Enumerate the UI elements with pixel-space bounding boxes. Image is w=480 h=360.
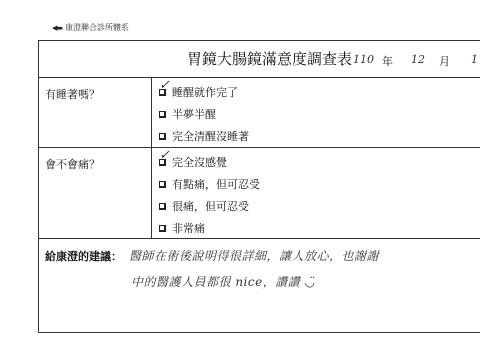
question-pain: 會不會痛？ ✓ 完全沒感覺 有點痛，但可忍受 很痛，但可忍受 非常痛 [39,147,480,239]
checkbox[interactable] [159,225,166,232]
question-label: 會不會痛？ [39,147,152,238]
month-value: 12 [411,53,425,66]
day-value: 1 [471,53,478,66]
question-label: 有睡著嗎？ [39,77,152,147]
survey-form: 胃鏡大腸鏡滿意度調查表 110 年 12 月 1 有睡著嗎？ ✓ 睡醒就作完了 … [38,40,480,333]
checkbox-checked[interactable]: ✓ [159,89,166,96]
organization-header: ◀▬ 康澄聯合診所體系 [52,22,129,33]
form-title: 胃鏡大腸鏡滿意度調查表 [187,48,352,69]
option-label: 有點痛，但可忍受 [172,176,260,192]
organization-name: 康澄聯合診所體系 [65,22,129,33]
check-mark-icon: ✓ [159,78,170,93]
option-label: 完全清醒沒睡著 [172,128,249,144]
options-list: ✓ 睡醒就作完了 半夢半醒 完全清醒沒睡著 [159,81,249,147]
option-item[interactable]: 有點痛，但可忍受 [159,173,260,195]
option-item[interactable]: 半夢半醒 [159,103,249,125]
option-label: 完全沒感覺 [172,154,227,170]
suggestion-label: 給康澄的建議： [45,248,122,264]
year-value: 110 [353,53,374,66]
handwritten-comment-line2: 中的醫護人員都很 nice，讚讚 ◡̈ [131,273,316,290]
year-label: 年 [382,53,393,69]
month-label: 月 [439,53,450,69]
question-sleep: 有睡著嗎？ ✓ 睡醒就作完了 半夢半醒 完全清醒沒睡著 [39,77,480,148]
checkbox-checked[interactable]: ✓ [159,159,166,166]
option-label: 很痛，但可忍受 [172,198,249,214]
options-list: ✓ 完全沒感覺 有點痛，但可忍受 很痛，但可忍受 非常痛 [159,151,260,239]
option-item[interactable]: ✓ 睡醒就作完了 [159,81,249,103]
checkbox[interactable] [159,111,166,118]
option-item[interactable]: ✓ 完全沒感覺 [159,151,260,173]
check-mark-icon: ✓ [159,148,170,163]
option-item[interactable]: 非常痛 [159,217,260,239]
option-label: 非常痛 [172,220,205,236]
title-row: 胃鏡大腸鏡滿意度調查表 110 年 12 月 1 [39,41,480,78]
option-label: 睡醒就作完了 [172,84,238,100]
option-label: 半夢半醒 [172,106,216,122]
checkbox[interactable] [159,203,166,210]
logo-icon: ◀▬ [52,24,62,32]
option-item[interactable]: 很痛，但可忍受 [159,195,260,217]
suggestion-section: 給康澄的建議： 醫師在術後說明得很詳細，讓人放心，也謝謝 中的醫護人員都很 ni… [39,238,480,332]
checkbox[interactable] [159,181,166,188]
handwritten-comment-line1: 醫師在術後說明得很詳細，讓人放心，也謝謝 [129,247,379,264]
checkbox[interactable] [159,133,166,140]
option-item[interactable]: 完全清醒沒睡著 [159,125,249,147]
